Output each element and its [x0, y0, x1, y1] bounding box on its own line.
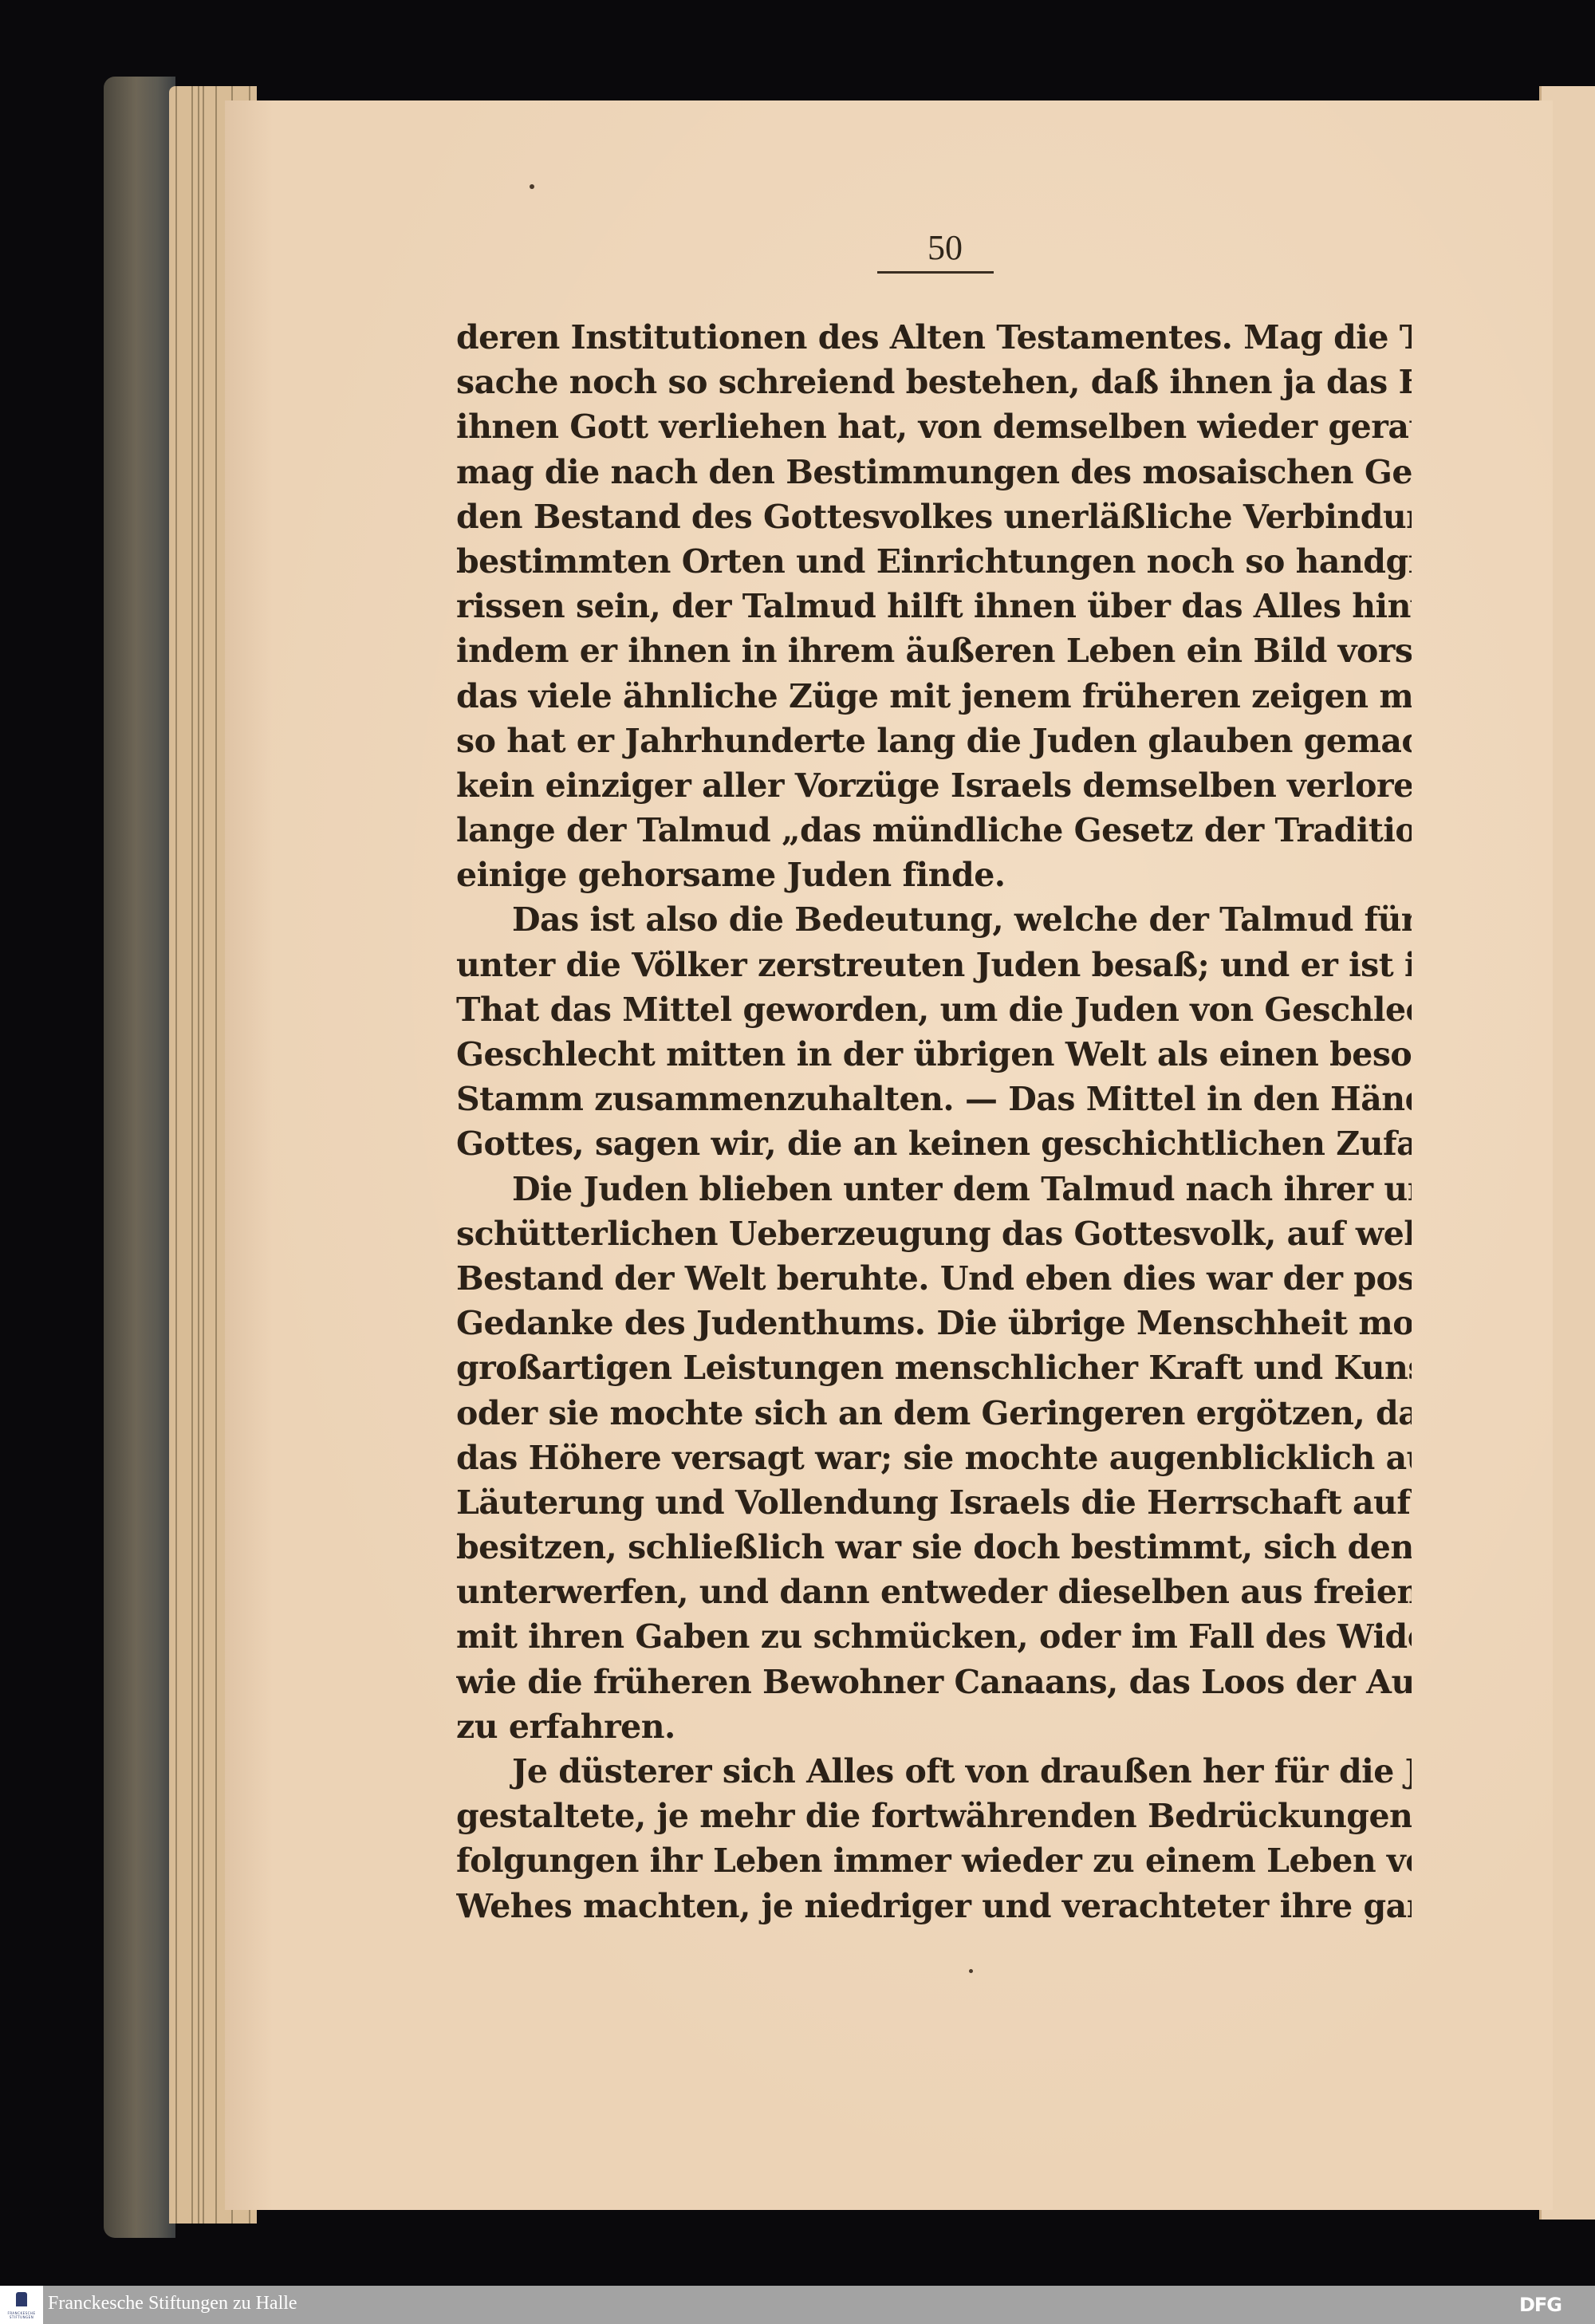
- dfg-logo[interactable]: DFG: [1519, 2294, 1562, 2316]
- page-number-rule: [877, 271, 994, 274]
- paper-speck: [530, 184, 534, 189]
- text-line: so hat er Jahrhunderte lang die Juden gl…: [456, 719, 1412, 763]
- text-line: das Höhere versagt war; sie mochte augen…: [456, 1436, 1412, 1480]
- text-line: gestaltete, je mehr die fortwährenden Be…: [456, 1794, 1412, 1838]
- text-line: wie die früheren Bewohner Canaans, das L…: [456, 1660, 1412, 1704]
- book-binding: [104, 77, 175, 2238]
- text-line: kein einziger aller Vorzüge Israels dems…: [456, 763, 1412, 808]
- text-line: Gottes, sagen wir, die an keinen geschic…: [456, 1121, 1412, 1166]
- institution-emblem-icon: [16, 2292, 27, 2306]
- text-line: einige gehorsame Juden finde.: [456, 853, 1412, 897]
- text-line: sache noch so schreiend bestehen, daß ih…: [456, 360, 1412, 404]
- text-line: besitzen, schließlich war sie doch besti…: [456, 1525, 1412, 1570]
- text-line: Läuterung und Vollendung Israels die Her…: [456, 1480, 1412, 1525]
- text-line: indem er ihnen in ihrem äußeren Leben ei…: [456, 628, 1412, 673]
- text-line: rissen sein, der Talmud hilft ihnen über…: [456, 584, 1412, 628]
- text-line: mit ihren Gaben zu schmücken, oder im Fa…: [456, 1614, 1412, 1659]
- text-line: zu erfahren.: [456, 1704, 1412, 1749]
- text-line: mag die nach den Bestimmungen des mosais…: [456, 450, 1412, 494]
- paragraph-start-line: Je düsterer sich Alles oft von draußen h…: [456, 1749, 1412, 1794]
- text-line: ihnen Gott verliehen hat, von demselben …: [456, 404, 1412, 449]
- text-line: unterwerfen, und dann entweder dieselben…: [456, 1570, 1412, 1614]
- text-line: schütterlichen Ueberzeugung das Gottesvo…: [456, 1211, 1412, 1256]
- paper-speck: [969, 1969, 973, 1973]
- paragraph-start-line: Die Juden blieben unter dem Talmud nach …: [456, 1167, 1412, 1211]
- text-line: deren Institutionen des Alten Testamente…: [456, 315, 1412, 360]
- logo-caption: FRANCKESCHE STIFTUNGEN: [2, 2311, 41, 2319]
- viewer-footer-bar: FRANCKESCHE STIFTUNGEN Franckesche Stift…: [0, 2286, 1595, 2324]
- text-line: That das Mittel geworden, um die Juden v…: [456, 987, 1412, 1032]
- paragraph-start-line: Das ist also die Bedeutung, welche der T…: [456, 897, 1412, 942]
- text-line: oder sie mochte sich an dem Geringeren e…: [456, 1391, 1412, 1436]
- franckesche-stiftungen-logo[interactable]: FRANCKESCHE STIFTUNGEN: [0, 2286, 43, 2324]
- text-line: Bestand der Welt beruhte. Und eben dies …: [456, 1256, 1412, 1301]
- text-line: das viele ähnliche Züge mit jenem früher…: [456, 674, 1412, 719]
- institution-name: Franckesche Stiftungen zu Halle: [48, 2293, 297, 2314]
- text-line: lange der Talmud „das mündliche Gesetz d…: [456, 808, 1412, 853]
- text-line: Wehes machten, je niedriger und verachte…: [456, 1884, 1412, 1928]
- scan-image: 50 deren Institutionen des Alten Testame…: [0, 0, 1595, 2286]
- text-line: Geschlecht mitten in der übrigen Welt al…: [456, 1032, 1412, 1077]
- text-line: Gedanke des Judenthums. Die übrige Mensc…: [456, 1301, 1412, 1345]
- text-line: folgungen ihr Leben immer wieder zu eine…: [456, 1838, 1412, 1883]
- text-line: unter die Völker zerstreuten Juden besaß…: [456, 943, 1412, 987]
- text-line: den Bestand des Gottesvolkes unerläßlich…: [456, 494, 1412, 539]
- text-line: Stamm zusammenzuhalten. — Das Mittel in …: [456, 1077, 1412, 1121]
- text-line: großartigen Leistungen menschlicher Kraf…: [456, 1345, 1412, 1390]
- text-line: bestimmten Orten und Einrichtungen noch …: [456, 539, 1412, 584]
- page-number: 50: [905, 227, 985, 268]
- body-text: deren Institutionen des Alten Testamente…: [456, 315, 1412, 1928]
